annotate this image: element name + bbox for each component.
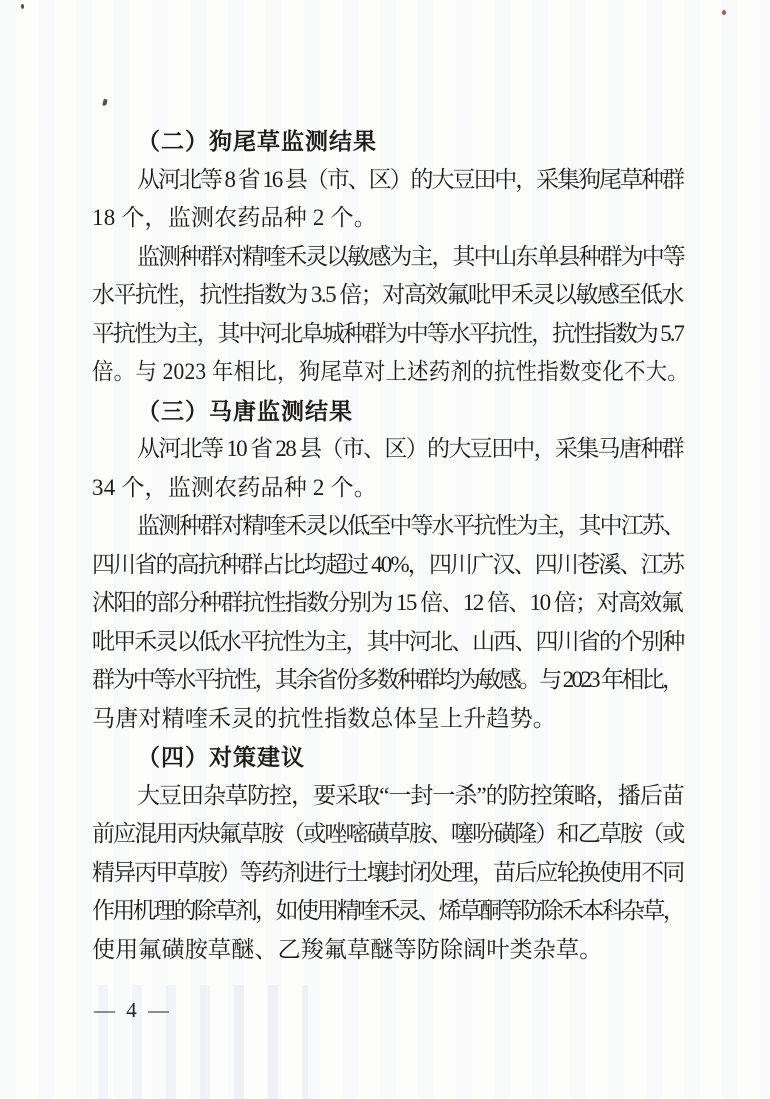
text-line: 水平抗性，抗性指数为 3.5 倍；对高效氟吡甲禾灵以敏感至低水 xyxy=(92,276,689,315)
text-line: （三）马唐监测结果 xyxy=(92,392,689,431)
text-line: 从河北等 10 省 28 县（市、区）的大豆田中，采集马唐种群 xyxy=(92,430,689,469)
text-line: 沭阳的部分种群抗性指数分别为 15 倍、12 倍、10 倍；对高效氟 xyxy=(92,584,689,623)
text-line: 群为中等水平抗性，其余省份多数种群均为敏感。与 2023 年相比， xyxy=(92,661,689,700)
page-number: — 4 — xyxy=(94,998,172,1023)
document-page: （二）狗尾草监测结果从河北等 8 省 16 县（市、区）的大豆田中，采集狗尾草种… xyxy=(0,0,770,1099)
text-line: 从河北等 8 省 16 县（市、区）的大豆田中，采集狗尾草种群 xyxy=(92,161,689,200)
text-line: 使用氟磺胺草醚、乙羧氟草醚等防除阔叶类杂草。 xyxy=(92,931,689,970)
scan-speck-icon xyxy=(722,10,726,15)
text-line: 四川省的高抗种群占比均超过 40%，四川广汉、四川苍溪、江苏 xyxy=(92,546,689,585)
text-line: 马唐对精喹禾灵的抗性指数总体呈上升趋势。 xyxy=(92,700,689,739)
text-line: 作用机理的除草剂，如使用精喹禾灵、烯草酮等防除禾本科杂草， xyxy=(92,892,689,931)
text-line: 倍。与 2023 年相比，狗尾草对上述药剂的抗性指数变化不大。 xyxy=(92,353,689,392)
text-line: 平抗性为主，其中河北阜城种群为中等水平抗性，抗性指数为 5.7 xyxy=(92,315,689,354)
document-body: （二）狗尾草监测结果从河北等 8 省 16 县（市、区）的大豆田中，采集狗尾草种… xyxy=(92,122,689,969)
text-line: 大豆田杂草防控，要采取“一封一杀”的防控策略，播后苗 xyxy=(92,777,689,816)
text-line: （四）对策建议 xyxy=(92,738,689,777)
text-line: 监测种群对精喹禾灵以敏感为主，其中山东单县种群为中等 xyxy=(92,238,689,277)
text-line: （二）狗尾草监测结果 xyxy=(92,122,689,161)
text-line: 吡甲禾灵以低水平抗性为主，其中河北、山西、四川省的个别种 xyxy=(92,623,689,662)
text-line: 精异丙甲草胺）等药剂进行土壤封闭处理，苗后应轮换使用不同 xyxy=(92,854,689,893)
text-line: 前应混用丙炔氟草胺（或唑嘧磺草胺、噻吩磺隆）和乙草胺（或 xyxy=(92,815,689,854)
scan-speck-icon xyxy=(21,4,24,9)
text-line: 34 个，监测农药品种 2 个。 xyxy=(92,469,689,508)
scan-speck-icon xyxy=(102,99,107,107)
text-line: 18 个，监测农药品种 2 个。 xyxy=(92,199,689,238)
text-line: 监测种群对精喹禾灵以低至中等水平抗性为主，其中江苏、 xyxy=(92,507,689,546)
